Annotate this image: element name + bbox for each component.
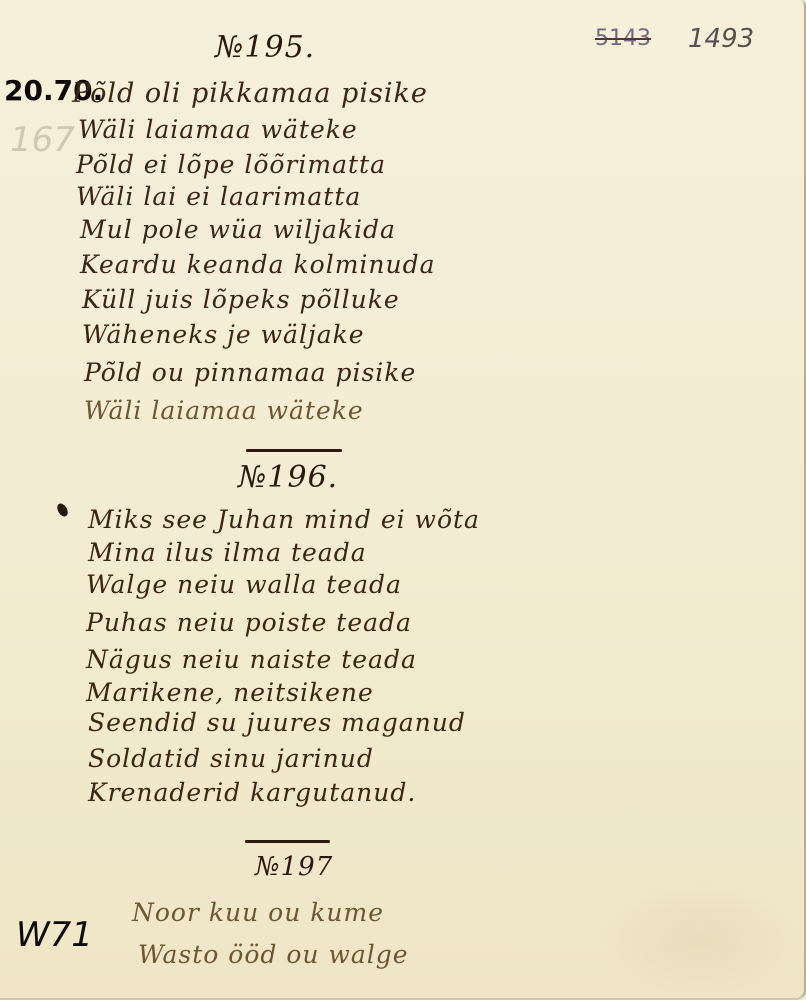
- poem-line: Wäheneks je wäljake: [82, 320, 365, 349]
- section-heading-197: №197: [255, 852, 333, 882]
- manuscript-page: 5143 1493 167 №195. 20.70. Põld oli pikk…: [0, 0, 806, 1000]
- margin-pencil-note: 167: [10, 120, 75, 160]
- poem-line: Wäli laiamaa wäteke: [78, 115, 358, 144]
- section-divider: [245, 840, 330, 843]
- section-heading-196: №196.: [238, 460, 338, 495]
- poem-line: Miks see Juhan mind ei wõta: [88, 505, 480, 534]
- paper-stain: [600, 880, 800, 1000]
- poem-line: Põld oli pikkamaa pisike: [72, 78, 428, 109]
- poem-line: Puhas neiu poiste teada: [86, 608, 412, 637]
- ink-blot: [55, 502, 70, 519]
- poem-line: Põld ou pinnamaa pisike: [84, 358, 416, 387]
- poem-line: Mul pole wüa wiljakida: [80, 215, 396, 244]
- poem-line: Keardu keanda kolminuda: [80, 250, 436, 279]
- poem-line: Seendid su juures maganud: [88, 708, 466, 737]
- poem-line: Krenaderid kargutanud.: [88, 778, 416, 807]
- margin-note-197: W71: [16, 915, 93, 955]
- archive-number: 1493: [688, 24, 754, 54]
- archive-number-struck: 5143: [595, 26, 651, 51]
- section-divider: [246, 449, 342, 452]
- poem-line: Marikene, neitsikene: [86, 678, 374, 707]
- poem-line: Mina ilus ilma teada: [88, 538, 367, 567]
- poem-line: Wäli lai ei laarimatta: [76, 182, 361, 211]
- poem-line: Wasto ööd ou walge: [138, 940, 409, 969]
- section-heading-195: №195.: [215, 30, 315, 65]
- poem-line: Walge neiu walla teada: [86, 570, 402, 599]
- poem-line: Põld ei lõpe lõõrimatta: [76, 150, 386, 179]
- poem-line: Küll juis lõpeks põlluke: [82, 285, 400, 314]
- poem-line: Soldatid sinu jarinud: [88, 744, 374, 773]
- poem-line: Nägus neiu naiste teada: [86, 645, 417, 674]
- poem-line: Noor kuu ou kume: [132, 898, 384, 927]
- poem-line: Wäli laiamaa wäteke: [84, 396, 364, 425]
